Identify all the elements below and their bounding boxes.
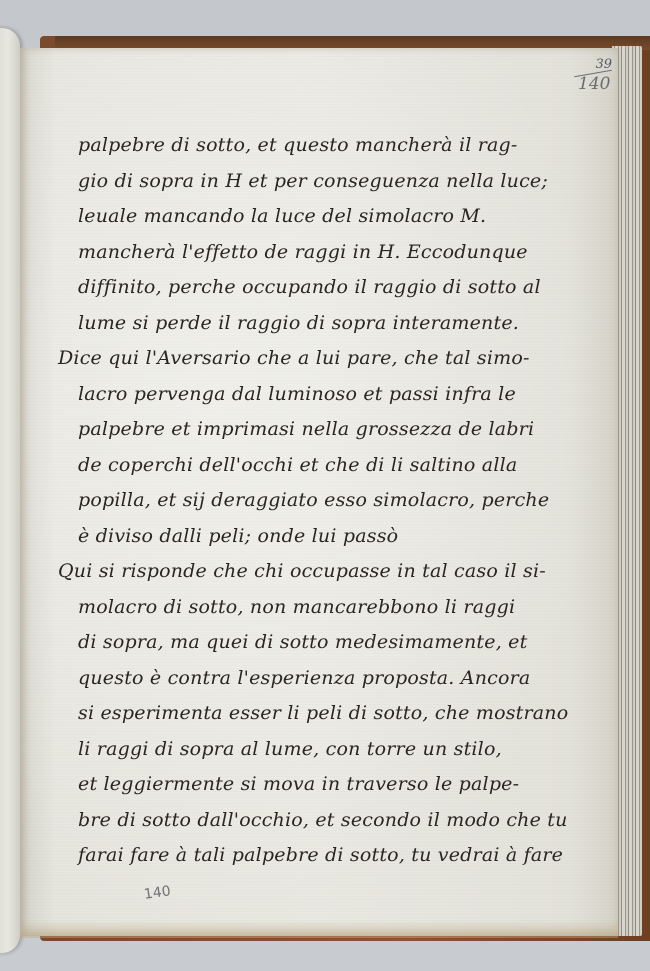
page-stain — [20, 920, 618, 938]
text-line: diffinito, perche occupando il raggio di… — [78, 270, 558, 306]
text-line: è diviso dalli peli; onde lui passò — [78, 519, 558, 555]
text-line: gio di sopra in H et per conseguenza nel… — [78, 164, 558, 200]
facing-leaf-edge — [0, 28, 20, 953]
text-line: farai fare à tali palpebre di sotto, tu … — [78, 838, 558, 874]
text-line: mancherà l'effetto de raggi in H. Eccodu… — [78, 235, 558, 271]
text-line: leuale mancando la luce del simolacro M. — [78, 199, 558, 235]
text-line: li raggi di sopra al lume, con torre un … — [78, 732, 558, 768]
text-line: palpebre et imprimasi nella grossezza de… — [78, 412, 558, 448]
folio-new-number: 140 — [578, 76, 612, 93]
folio-old-number: 39 — [578, 58, 612, 71]
text-line: et leggiermente si mova in traverso le p… — [78, 767, 558, 803]
text-line: questo è contra l'esperienza proposta. A… — [78, 661, 558, 697]
text-line: popilla, et sij deraggiato esso simolacr… — [78, 483, 558, 519]
text-line: lacro pervenga dal luminoso et passi inf… — [78, 377, 558, 413]
text-line: palpebre di sotto, et questo mancherà il… — [78, 128, 558, 164]
text-line-paragraph-start: Qui si risponde che chi occupasse in tal… — [58, 554, 558, 590]
text-line: molacro di sotto, non mancarebbono li ra… — [78, 590, 558, 626]
text-line: si esperimenta esser li peli di sotto, c… — [78, 696, 558, 732]
text-line: bre di sotto dall'occhio, et secondo il … — [78, 803, 558, 839]
folio-number: 39 140 — [578, 58, 612, 93]
text-line: lume si perde il raggio di sopra interam… — [78, 306, 558, 342]
text-line: de coperchi dell'occhi et che di li salt… — [78, 448, 558, 484]
handwritten-text: palpebre di sotto, et questo mancherà il… — [78, 128, 558, 874]
text-line: di sopra, ma quei di sotto medesimamente… — [78, 625, 558, 661]
text-line-paragraph-start: Dice qui l'Aversario che a lui pare, che… — [58, 341, 558, 377]
